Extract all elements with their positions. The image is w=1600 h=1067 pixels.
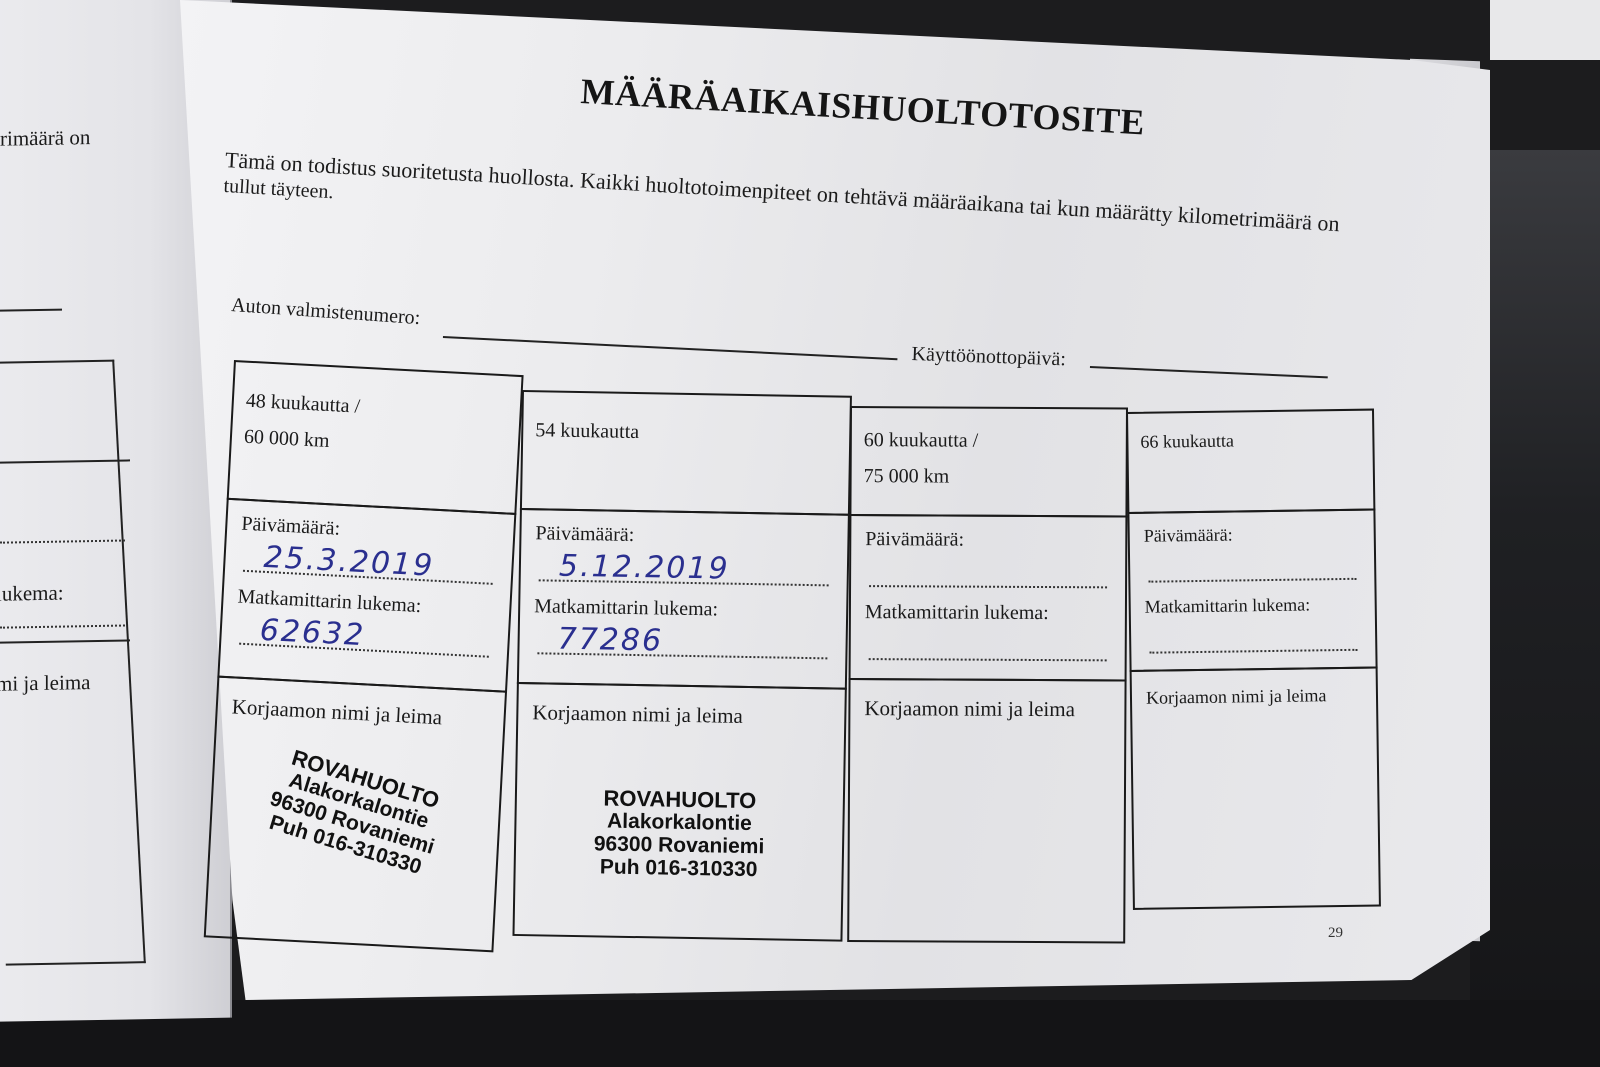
date-field[interactable]: [869, 551, 1107, 588]
service-readings-cell: Päivämäärä: Matkamittarin lukema:: [1127, 509, 1377, 672]
date-label: Päivämäärä:: [865, 528, 1111, 552]
interval-line-1: 54 kuukautta: [535, 419, 639, 443]
vin-field[interactable]: [443, 336, 898, 360]
service-column-66: 66 kuukautta Päivämäärä: Matkamittarin l…: [1126, 409, 1382, 1002]
handwritten-date: 25.3.2019: [263, 540, 435, 584]
odometer-field[interactable]: 77286: [537, 618, 828, 659]
handwritten-odometer: 62632: [259, 613, 366, 653]
handwritten-date: 5.12.2019: [559, 549, 730, 587]
service-column-60: 60 kuukautta / 75 000 km Päivämäärä: Mat…: [847, 406, 1128, 997]
service-column-48: 48 kuukautta / 60 000 km Päivämäärä: 25.…: [203, 360, 523, 964]
date-label: Päivämäärä:: [1144, 523, 1360, 547]
interval-line-2: 60 000 km: [243, 426, 330, 452]
stamp-label: Korjaamon nimi ja leima: [231, 694, 490, 732]
workshop-stamp-cell: Korjaamon nimi ja leima: [1130, 667, 1381, 910]
date-field[interactable]: 5.12.2019: [539, 545, 830, 586]
handwritten-odometer: 77286: [557, 622, 663, 659]
workshop-stamp: ROVAHUOLTO Alakorkalontie 96300 Rovaniem…: [219, 730, 493, 893]
odometer-label: Matkamittarin lukema:: [1145, 594, 1361, 618]
service-readings-cell: Päivämäärä: 25.3.2019 Matkamittarin luke…: [217, 498, 516, 693]
interval-line-2: 75 000 km: [864, 465, 950, 487]
service-readings-cell: Päivämäärä: Matkamittarin lukema:: [849, 514, 1128, 681]
workshop-stamp-cell: Korjaamon nimi ja leima ROVAHUOLTO Alako…: [204, 676, 507, 953]
service-certificate: MÄÄRÄAIKAISHUOLTOTOSITE Tämä on todistus…: [0, 0, 1600, 1067]
odometer-label: Matkamittarin lukema:: [865, 601, 1111, 625]
odometer-field[interactable]: [1149, 615, 1357, 654]
stamp-label: Korjaamon nimi ja leima: [864, 696, 1110, 722]
service-interval-header: 60 kuukautta / 75 000 km: [849, 406, 1128, 517]
service-interval-header: 48 kuukautta / 60 000 km: [227, 360, 524, 515]
vin-label: Auton valmistenumero:: [230, 294, 421, 330]
workshop-stamp: ROVAHUOLTO Alakorkalontie 96300 Rovaniem…: [529, 785, 829, 882]
service-table: 48 kuukautta / 60 000 km Päivämäärä: 25.…: [234, 360, 1374, 950]
page-number: 29: [1328, 925, 1343, 942]
page-title: MÄÄRÄAIKAISHUOLTOTOSITE: [580, 70, 1146, 143]
stamp-phone: Puh 016-310330: [529, 854, 827, 882]
stamp-label: Korjaamon nimi ja leima: [1146, 685, 1362, 709]
service-interval-header: 54 kuukautta: [520, 390, 852, 516]
intro-paragraph: Tämä on todistus suoritetusta huollosta.…: [223, 145, 1394, 268]
interval-line-1: 60 kuukautta /: [864, 429, 979, 452]
service-readings-cell: Päivämäärä: 5.12.2019 Matkamittarin luke…: [517, 508, 850, 690]
odometer-field[interactable]: [869, 624, 1107, 661]
service-column-54: 54 kuukautta Päivämäärä: 5.12.2019 Matka…: [512, 390, 852, 986]
service-interval-header: 66 kuukautta: [1126, 409, 1375, 514]
workshop-stamp-cell: Korjaamon nimi ja leima ROVAHUOLTO Alako…: [512, 682, 846, 942]
stamp-label: Korjaamon nimi ja leima: [532, 700, 830, 730]
date-field[interactable]: [1148, 544, 1356, 583]
interval-line-1: 66 kuukautta: [1140, 430, 1234, 451]
workshop-stamp-cell: Korjaamon nimi ja leima: [847, 678, 1126, 943]
interval-line-1: 48 kuukautta /: [245, 390, 360, 418]
